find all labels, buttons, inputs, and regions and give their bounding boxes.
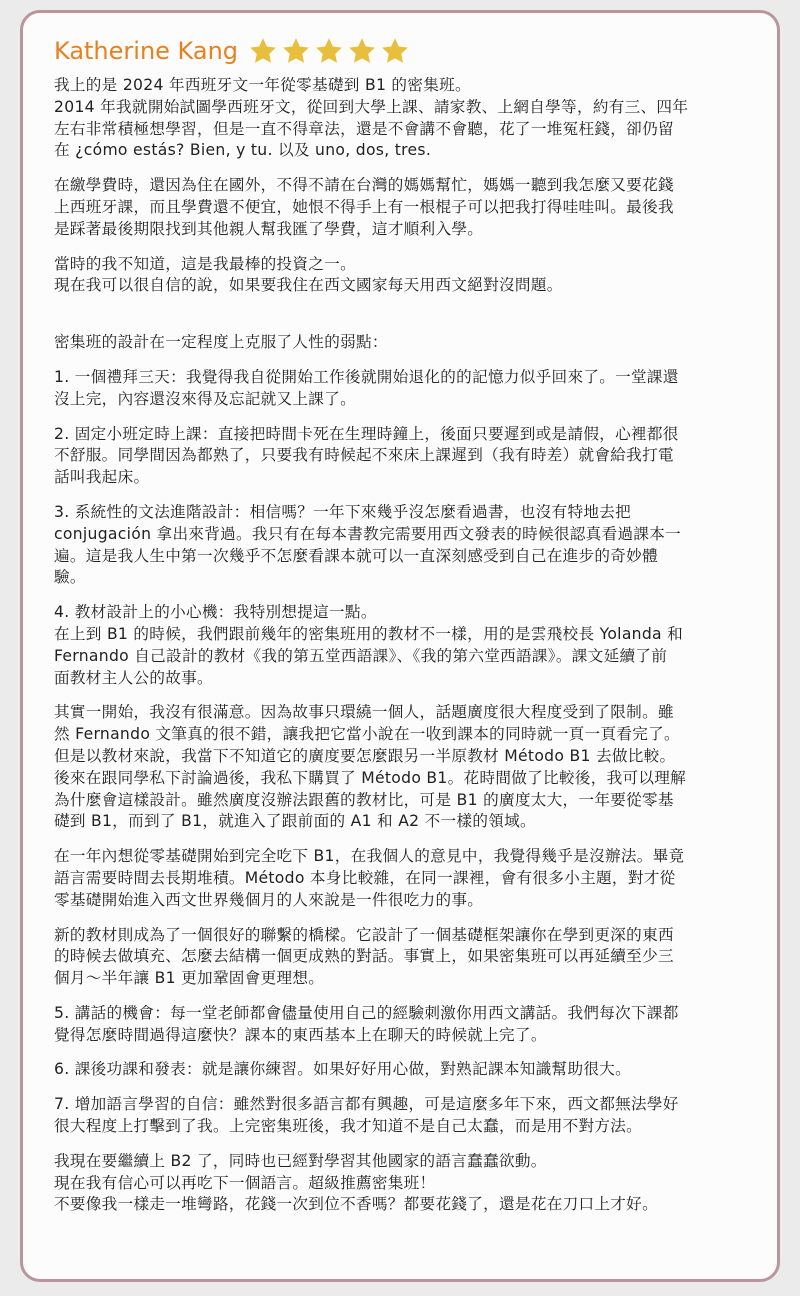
review-line: 然 Fernando 文筆真的很不錯，讓我把它當小說在一收到課本的同時就一頁一頁… <box>54 724 774 746</box>
review-line: 為什麼會這樣設計。雖然廣度沒辦法跟舊的教材比，可是 B1 的廣度太大，一年要從零… <box>54 790 774 812</box>
review-line: 5. 講話的機會：每一堂老師都會儘量使用自己的經驗刺激你用西文講話。我們每次下課… <box>54 1003 774 1025</box>
review-line: 新的教材則成為了一個很好的聯繫的橋樑。它設計了一個基礎框架讓你在學到更深的東西 <box>54 925 774 947</box>
review-card: Katherine Kang 我上的是 2024 年西班牙文一年從零基礎到 B1… <box>20 10 780 1282</box>
star-icon <box>380 36 410 66</box>
review-line: 很大程度上打擊到了我。上完密集班後，我才知道不是自己太蠢，而是用不對方法。 <box>54 1116 774 1138</box>
review-line: 不要像我一樣走一堆彎路，花錢一次到位不香嗎？都要花錢了，還是花在刀口上才好。 <box>54 1194 774 1216</box>
review-line: 2. 固定小班定時上課：直接把時間卡死在生理時鐘上，後面只要遲到或是請假，心裡都… <box>54 424 774 446</box>
review-line: 2014 年我就開始試圖學西班牙文，從回到大學上課、請家教、上網自學等，約有三、… <box>54 97 774 119</box>
review-line: 左右非常積極想學習，但是一直不得章法，還是不會講不會聽，花了一堆冤枉錢，卻仍留 <box>54 119 774 141</box>
review-paragraph: 我上的是 2024 年西班牙文一年從零基礎到 B1 的密集班。2014 年我就開… <box>54 75 774 162</box>
review-line: 話叫我起床。 <box>54 467 774 489</box>
review-line: 的時候去做填充、怎麼去結構一個更成熟的對話。事實上，如果密集班可以再延續至少三 <box>54 946 774 968</box>
review-line: 4. 教材設計上的小心機：我特別想提這一點。 <box>54 602 774 624</box>
review-paragraph: 在繳學費時，還因為住在國外，不得不請在台灣的媽媽幫忙，媽媽一聽到我怎麼又要花錢上… <box>54 175 774 240</box>
review-line: 個月～半年讓 B1 更加鞏固會更理想。 <box>54 968 774 990</box>
review-paragraph: 5. 講話的機會：每一堂老師都會儘量使用自己的經驗刺激你用西文講話。我們每次下課… <box>54 1003 774 1047</box>
review-paragraph: 1. 一個禮拜三天：我覺得我自從開始工作後就開始退化的的記憶力似乎回來了。一堂課… <box>54 367 774 411</box>
review-line: conjugación 拿出來背過。我只有在每本書教完需要用西文發表的時候很認真… <box>54 524 774 546</box>
review-paragraph: 新的教材則成為了一個很好的聯繫的橋樑。它設計了一個基礎框架讓你在學到更深的東西的… <box>54 925 774 990</box>
review-line: 不舒服。同學間因為都熟了，只要我有時候起不來床上課遲到（我有時差）就會給我打電 <box>54 445 774 467</box>
review-line: Fernando 自己設計的教材《我的第五堂西語課》、《我的第六堂西語課》。課文… <box>54 646 774 668</box>
review-line: 在繳學費時，還因為住在國外，不得不請在台灣的媽媽幫忙，媽媽一聽到我怎麼又要花錢 <box>54 175 774 197</box>
review-header: Katherine Kang <box>54 33 410 69</box>
review-line: 但是以教材來說，我當下不知道它的廣度要怎麼跟另一半原教材 Método B1 去… <box>54 746 774 768</box>
star-icon <box>314 36 344 66</box>
review-line: 零基礎開始進入西文世界幾個月的人來說是一件很吃力的事。 <box>54 890 774 912</box>
review-line: 上西班牙課，而且學費還不便宜，她恨不得手上有一根棍子可以把我打得哇哇叫。最後我 <box>54 197 774 219</box>
review-paragraph: 我現在要繼續上 B2 了，同時也已經對學習其他國家的語言蠢蠢欲動。現在我有信心可… <box>54 1151 774 1216</box>
review-line: 當時的我不知道，這是我最棒的投資之一。 <box>54 254 774 276</box>
review-line: 語言需要時間去長期堆積。Método 本身比較雜，在同一課裡，會有很多小主題，對… <box>54 868 774 890</box>
review-line: 密集班的設計在一定程度上克服了人性的弱點： <box>54 332 774 354</box>
review-line: 我現在要繼續上 B2 了，同時也已經對學習其他國家的語言蠢蠢欲動。 <box>54 1151 774 1173</box>
review-line: 現在我有信心可以再吃下一個語言。超級推薦密集班！ <box>54 1173 774 1195</box>
review-line: 後來在跟同學私下討論過後，我私下購買了 Método B1。花時間做了比較後，我… <box>54 768 774 790</box>
review-line: 6. 課後功課和發表：就是讓你練習。如果好好用心做，對熟記課本知識幫助很大。 <box>54 1059 774 1081</box>
star-rating <box>248 36 410 66</box>
review-line: 在 ¿cómo estás? Bien, y tu. 以及 uno, dos, … <box>54 140 774 162</box>
review-line: 遍。這是我人生中第一次幾乎不怎麼看課本就可以一直深刻感受到自己在進步的奇妙體 <box>54 546 774 568</box>
review-paragraph: 在一年內想從零基礎開始到完全吃下 B1，在我個人的意見中，我覺得幾乎是沒辦法。畢… <box>54 846 774 911</box>
review-line: 我上的是 2024 年西班牙文一年從零基礎到 B1 的密集班。 <box>54 75 774 97</box>
review-paragraph: 當時的我不知道，這是我最棒的投資之一。現在我可以很自信的說，如果要我住在西文國家… <box>54 254 774 298</box>
review-line: 在上到 B1 的時候，我們跟前幾年的密集班用的教材不一樣，用的是雲飛校長 Yol… <box>54 624 774 646</box>
review-line: 現在我可以很自信的說，如果要我住在西文國家每天用西文絕對沒問題。 <box>54 275 774 297</box>
review-line: 7. 增加語言學習的自信：雖然對很多語言都有興趣，可是這麼多年下來，西文都無法學… <box>54 1094 774 1116</box>
star-icon <box>281 36 311 66</box>
review-paragraph: 3. 系統性的文法進階設計：相信嗎？一年下來幾乎沒怎麼看過書，也沒有特地去把co… <box>54 502 774 589</box>
review-line: 驗。 <box>54 567 774 589</box>
review-line: 是踩著最後期限找到其他親人幫我匯了學費，這才順利入學。 <box>54 219 774 241</box>
reviewer-name: Katherine Kang <box>54 33 238 69</box>
review-line: 面教材主人公的故事。 <box>54 668 774 690</box>
review-line: 覺得怎麼時間過得這麼快？課本的東西基本上在聊天的時候就上完了。 <box>54 1025 774 1047</box>
review-line: 礎到 B1，而到了 B1，就進入了跟前面的 A1 和 A2 不一樣的領域。 <box>54 811 774 833</box>
star-icon <box>347 36 377 66</box>
review-paragraph: 4. 教材設計上的小心機：我特別想提這一點。在上到 B1 的時候，我們跟前幾年的… <box>54 602 774 689</box>
review-line: 1. 一個禮拜三天：我覺得我自從開始工作後就開始退化的的記憶力似乎回來了。一堂課… <box>54 367 774 389</box>
review-line: 3. 系統性的文法進階設計：相信嗎？一年下來幾乎沒怎麼看過書，也沒有特地去把 <box>54 502 774 524</box>
review-line: 其實一開始，我沒有很滿意。因為故事只環繞一個人，話題廣度很大程度受到了限制。雖 <box>54 702 774 724</box>
review-paragraph: 7. 增加語言學習的自信：雖然對很多語言都有興趣，可是這麼多年下來，西文都無法學… <box>54 1094 774 1138</box>
review-paragraph: 其實一開始，我沒有很滿意。因為故事只環繞一個人，話題廣度很大程度受到了限制。雖然… <box>54 702 774 833</box>
star-icon <box>248 36 278 66</box>
review-body: 我上的是 2024 年西班牙文一年從零基礎到 B1 的密集班。2014 年我就開… <box>54 75 774 1229</box>
review-line: 沒上完，內容還沒來得及忘記就又上課了。 <box>54 389 774 411</box>
review-paragraph: 6. 課後功課和發表：就是讓你練習。如果好好用心做，對熟記課本知識幫助很大。 <box>54 1059 774 1081</box>
review-paragraph: 2. 固定小班定時上課：直接把時間卡死在生理時鐘上，後面只要遲到或是請假，心裡都… <box>54 424 774 489</box>
review-paragraph: 密集班的設計在一定程度上克服了人性的弱點： <box>54 332 774 354</box>
review-line: 在一年內想從零基礎開始到完全吃下 B1，在我個人的意見中，我覺得幾乎是沒辦法。畢… <box>54 846 774 868</box>
